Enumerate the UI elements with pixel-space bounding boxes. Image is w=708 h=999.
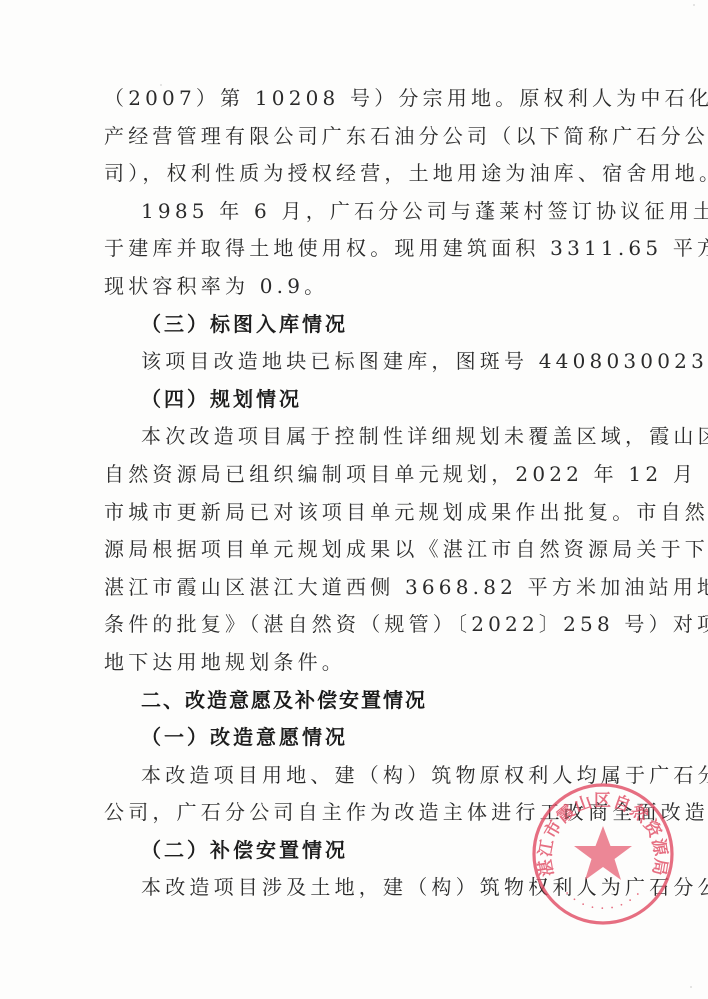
document-page: （2007）第 10208 号）分宗用地。原权利人为中石化集团资 产经营管理有限… (104, 80, 596, 907)
subheading-willingness: （一）改造意愿情况 (104, 719, 596, 757)
subheading-planning: （四）规划情况 (104, 381, 596, 419)
body-line: 于建库并取得土地使用权。现用建筑面积 3311.65 平方米， (104, 230, 596, 268)
body-line: 湛江市霞山区湛江大道西侧 3668.82 平方米加油站用地规划 (104, 569, 596, 607)
paragraph-start-line: 该项目改造地块已标图建库，图斑号 44080300239。 (104, 343, 596, 381)
paragraph-start-line: 本改造项目涉及土地，建（构）筑物权利人为广石分公 (104, 869, 596, 907)
scan-speck (160, 84, 162, 86)
body-line: 条件的批复》（湛自然资（规管）〔2022〕258 号）对项目用 (104, 606, 596, 644)
body-line: 公司，广石分公司自主作为改造主体进行工改商全面改造。 (104, 794, 596, 832)
paragraph-start-line: 本次改造项目属于控制性详细规划未覆盖区域，霞山区 (104, 418, 596, 456)
subheading-compensation: （二）补偿安置情况 (104, 832, 596, 870)
body-line: （2007）第 10208 号）分宗用地。原权利人为中石化集团资 (104, 80, 596, 118)
body-line: 地下达用地规划条件。 (104, 644, 596, 682)
body-line: 市城市更新局已对该项目单元规划成果作出批复。市自然资 (104, 494, 596, 532)
body-line: 司），权利性质为授权经营，土地用途为油库、宿舍用地。 (104, 155, 596, 193)
section-heading-renovation-willingness: 二、改造意愿及补偿安置情况 (104, 682, 596, 720)
scan-speck (690, 986, 692, 988)
paragraph-start-line: 本改造项目用地、建（构）筑物原权利人均属于广石分 (104, 757, 596, 795)
body-line: 产经营管理有限公司广东石油分公司（以下简称广石分公 (104, 118, 596, 156)
body-line: 现状容积率为 0.9。 (104, 268, 596, 306)
subheading-map-inventory: （三）标图入库情况 (104, 306, 596, 344)
paragraph-start-line: 1985 年 6 月，广石分公司与蓬莱村签订协议征用土地用 (104, 193, 596, 231)
scan-speck (693, 4, 695, 6)
body-line: 源局根据项目单元规划成果以《湛江市自然资源局关于下达 (104, 531, 596, 569)
body-line: 自然资源局已组织编制项目单元规划，2022 年 12 月 8 日， (104, 456, 596, 494)
